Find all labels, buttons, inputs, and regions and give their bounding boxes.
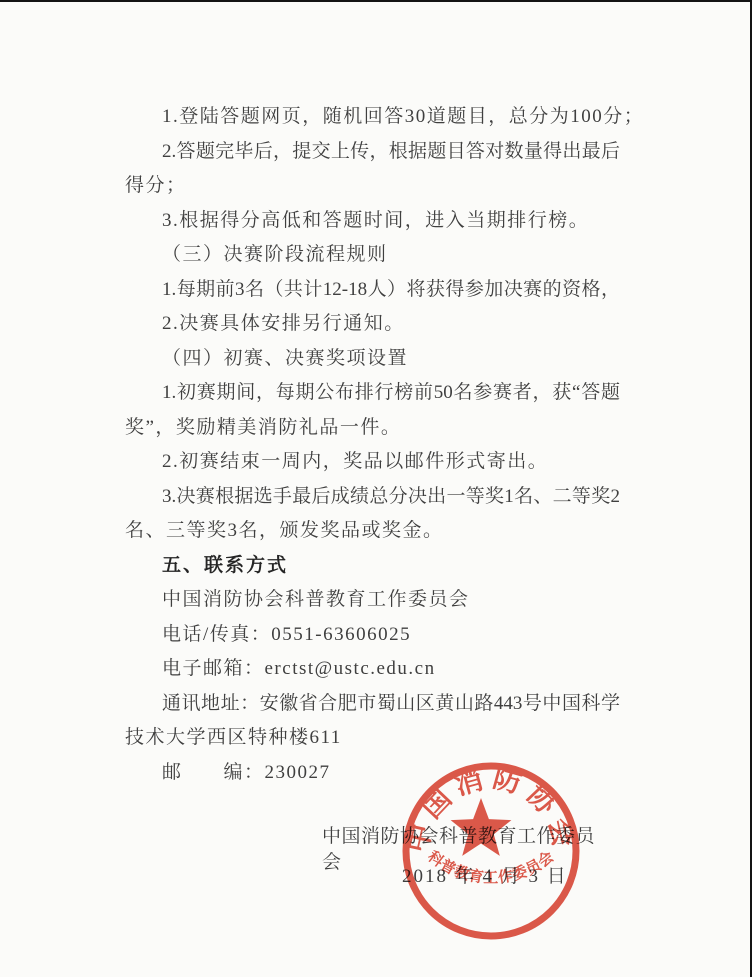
text-line: 名、三等奖3名，颁发奖品或奖金。 [125, 514, 620, 549]
text-line: 3.决赛根据选手最后成绩总分决出一等奖1名、二等奖2 [125, 480, 620, 515]
text-line: 通讯地址：安徽省合肥市蜀山区黄山路443号中国科学 [125, 687, 620, 722]
signature-date: 2018 年 4 月 3 日 [402, 864, 568, 890]
text-line: 五、联系方式 [125, 549, 620, 584]
text-line: （三）决赛阶段流程规则 [125, 238, 620, 273]
document-text: 1.登陆答题网页，随机回答30道题目，总分为100分；2.答题完毕后，提交上传，… [125, 100, 620, 790]
text-line: 2.初赛结束一周内，奖品以邮件形式寄出。 [125, 445, 620, 480]
scan-edge-top [0, 0, 752, 2]
text-line: 中国消防协会科普教育工作委员会 [125, 583, 620, 618]
text-line: 奖”，奖励精美消防礼品一件。 [125, 411, 620, 446]
text-line: 2.决赛具体安排另行通知。 [125, 307, 620, 342]
text-line: 电子邮箱：erctst@ustc.edu.cn [125, 652, 620, 687]
text-line: 电话/传真：0551-63606025 [125, 618, 620, 653]
text-line: 1.登陆答题网页，随机回答30道题目，总分为100分； [125, 100, 620, 135]
text-line: 得分； [125, 169, 620, 204]
text-line: 3.根据得分高低和答题时间，进入当期排行榜。 [125, 204, 620, 239]
text-line: 技术大学西区特种楼611 [125, 721, 620, 756]
text-line: 1.初赛期间，每期公布排行榜前50名参赛者，获“答题 [125, 376, 620, 411]
text-line: 1.每期前3名（共计12-18人）将获得参加决赛的资格， [125, 273, 620, 308]
text-line: 邮 编：230027 [125, 756, 620, 791]
text-line: （四）初赛、决赛奖项设置 [125, 342, 620, 377]
text-line: 2.答题完毕后，提交上传，根据题目答对数量得出最后 [125, 135, 620, 170]
